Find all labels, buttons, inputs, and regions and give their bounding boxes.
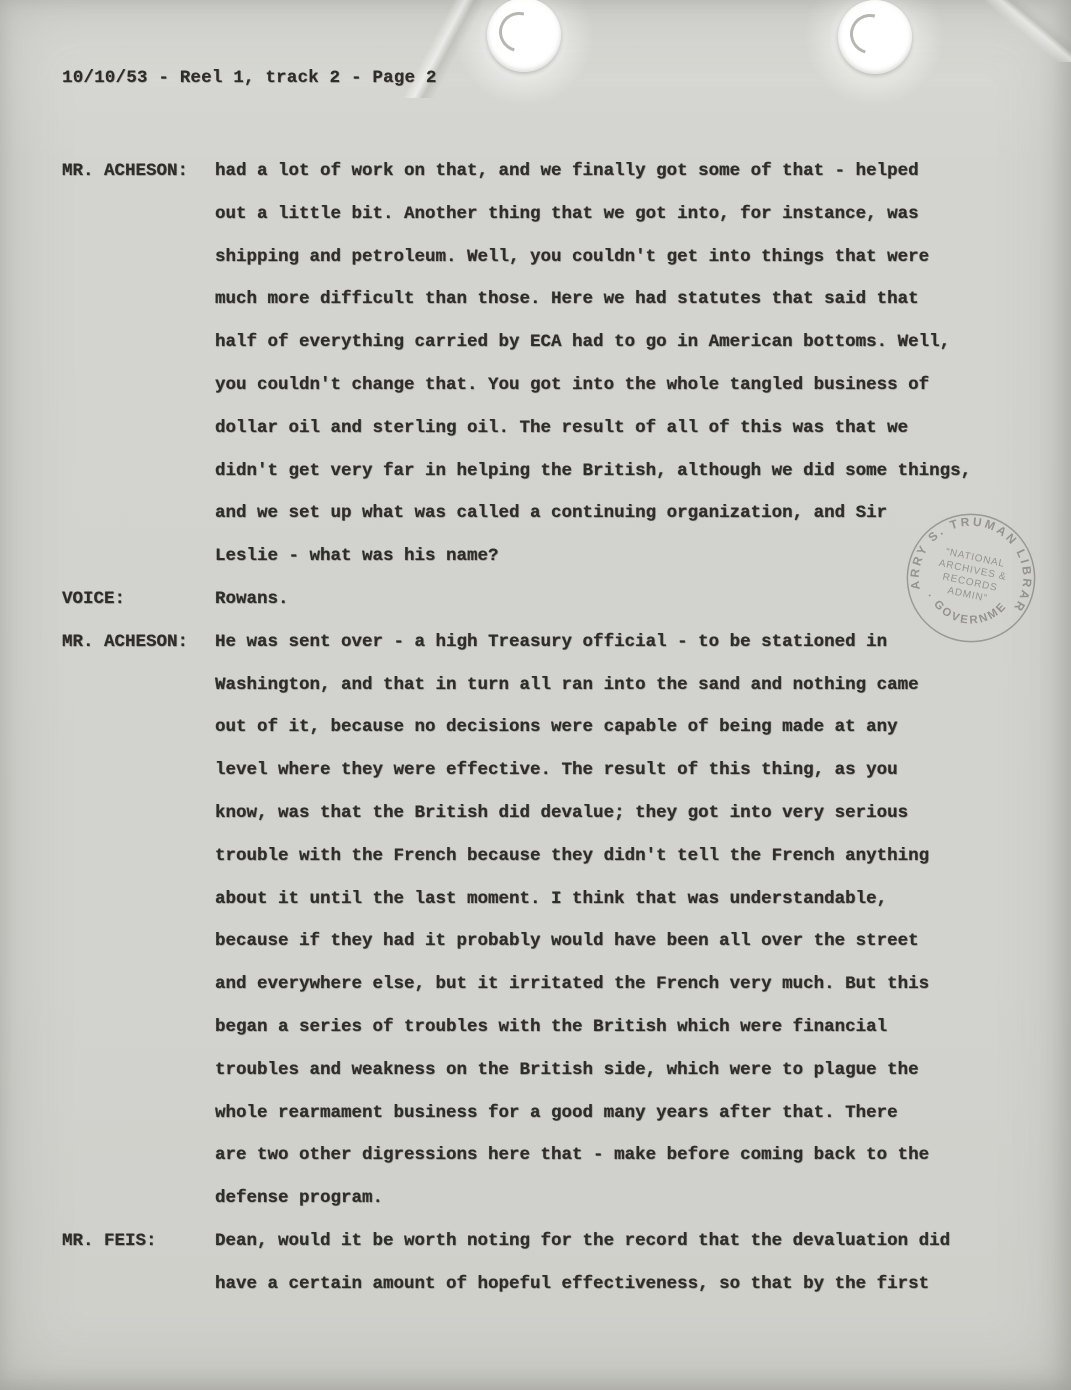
punch-hole bbox=[838, 0, 912, 74]
transcript-line: trouble with the French because they did… bbox=[215, 835, 1012, 878]
transcript-line: you couldn't change that. You got into t… bbox=[215, 364, 1012, 407]
transcript-line: are two other digressions here that - ma… bbox=[215, 1134, 1012, 1177]
transcript-entry: VOICE: Rowans. bbox=[62, 578, 1012, 621]
transcript-line: out a little bit. Another thing that we … bbox=[215, 193, 1012, 236]
speaker-label: MR. ACHESON: bbox=[62, 621, 215, 664]
transcript-line: Leslie - what was his name? bbox=[215, 535, 1012, 578]
truman-library-stamp: HARRY S. TRUMAN LIBRARY U.S. GOVERNMENT … bbox=[898, 505, 1044, 651]
transcript-line: troubles and weakness on the British sid… bbox=[215, 1049, 1012, 1092]
transcript-line: didn't get very far in helping the Briti… bbox=[215, 450, 1012, 493]
transcript-line: much more difficult than those. Here we … bbox=[215, 278, 1012, 321]
transcript-line: half of everything carried by ECA had to… bbox=[215, 321, 1012, 364]
transcript-line: Rowans. bbox=[215, 578, 1012, 621]
transcript-line: dollar oil and sterling oil. The result … bbox=[215, 407, 1012, 450]
transcript-line: Dean, would it be worth noting for the r… bbox=[215, 1220, 1012, 1263]
transcript-line: defense program. bbox=[215, 1177, 1012, 1220]
speaker-text: Rowans. bbox=[215, 578, 1012, 621]
speaker-label: MR. FEIS: bbox=[62, 1220, 215, 1263]
transcript-line: had a lot of work on that, and we finall… bbox=[215, 150, 1012, 193]
page-header: 10/10/53 - Reel 1, track 2 - Page 2 bbox=[62, 68, 437, 88]
transcript-line: know, was that the British did devalue; … bbox=[215, 792, 1012, 835]
speaker-label: MR. ACHESON: bbox=[62, 150, 215, 193]
transcript-entry: MR. ACHESON: He was sent over - a high T… bbox=[62, 621, 1012, 1220]
transcript-entry: MR. FEIS: Dean, would it be worth noting… bbox=[62, 1220, 1012, 1306]
transcript-line: shipping and petroleum. Well, you couldn… bbox=[215, 236, 1012, 279]
transcript-line: because if they had it probably would ha… bbox=[215, 920, 1012, 963]
transcript-line: He was sent over - a high Treasury offic… bbox=[215, 621, 1012, 664]
transcript-line: Washington, and that in turn all ran int… bbox=[215, 664, 1012, 707]
document-page: 10/10/53 - Reel 1, track 2 - Page 2 MR. … bbox=[0, 0, 1071, 1390]
speaker-text: Dean, would it be worth noting for the r… bbox=[215, 1220, 1012, 1306]
transcript-entry: MR. ACHESON: had a lot of work on that, … bbox=[62, 150, 1012, 578]
transcript-line: whole rearmament business for a good man… bbox=[215, 1092, 1012, 1135]
punch-hole bbox=[487, 0, 561, 72]
transcript-line: and we set up what was called a continui… bbox=[215, 492, 1012, 535]
speaker-label: VOICE: bbox=[62, 578, 215, 621]
transcript-line: level where they were effective. The res… bbox=[215, 749, 1012, 792]
speaker-text: He was sent over - a high Treasury offic… bbox=[215, 621, 1012, 1220]
transcript-line: and everywhere else, but it irritated th… bbox=[215, 963, 1012, 1006]
transcript-line: began a series of troubles with the Brit… bbox=[215, 1006, 1012, 1049]
paper-crease bbox=[985, 0, 1071, 62]
speaker-text: had a lot of work on that, and we finall… bbox=[215, 150, 1012, 578]
transcript-line: have a certain amount of hopeful effecti… bbox=[215, 1263, 1012, 1306]
transcript-body: MR. ACHESON: had a lot of work on that, … bbox=[62, 150, 1012, 1306]
transcript-line: about it until the last moment. I think … bbox=[215, 878, 1012, 921]
transcript-line: out of it, because no decisions were cap… bbox=[215, 706, 1012, 749]
